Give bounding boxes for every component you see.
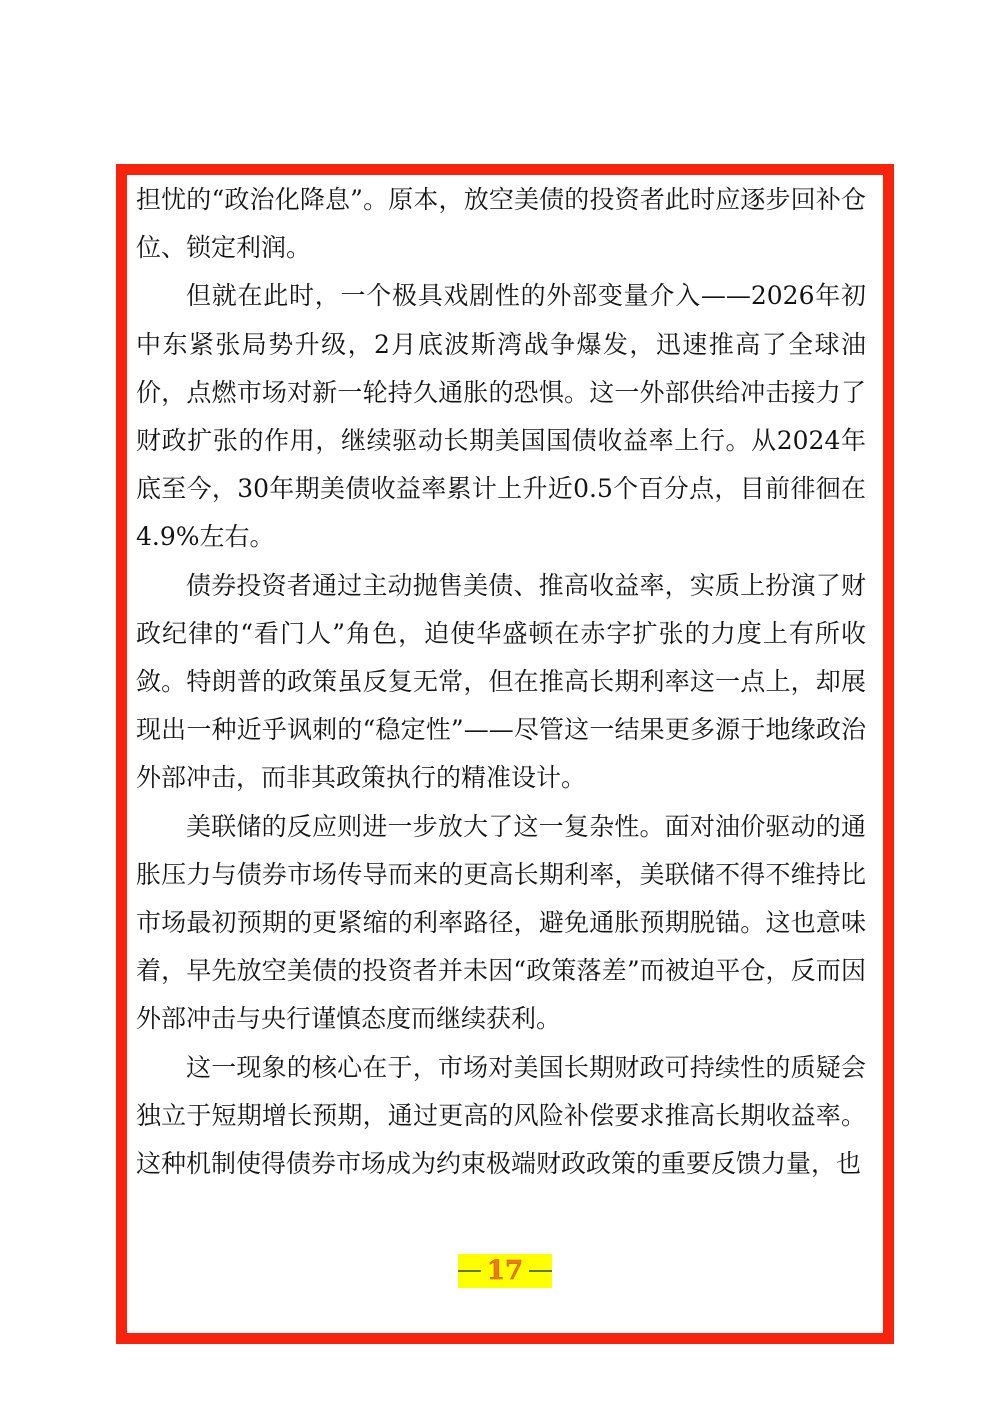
page-number: 17 <box>487 1254 523 1288</box>
page-number-footer: 17 <box>458 1254 552 1288</box>
document-body: 担忧的“政治化降息”。原本，放空美债的投资者此时应逐步回补仓位、锁定利润。 但就… <box>136 176 866 1188</box>
paragraph-4: 美联储的反应则进一步放大了这一复杂性。面对油价驱动的通胀压力与债券市场传导而来的… <box>136 803 866 1044</box>
paragraph-5: 这一现象的核心在于，市场对美国长期财政可持续性的质疑会独立于短期增长预期，通过更… <box>136 1044 866 1189</box>
right-dash-decoration <box>529 1270 552 1272</box>
paragraph-1: 担忧的“政治化降息”。原本，放空美债的投资者此时应逐步回补仓位、锁定利润。 <box>136 176 866 272</box>
paragraph-3: 债券投资者通过主动抛售美债、推高收益率，实质上扮演了财政纪律的“看门人”角色，迫… <box>136 562 866 803</box>
left-dash-decoration <box>458 1270 481 1272</box>
paragraph-2: 但就在此时，一个极具戏剧性的外部变量介入——2026年初中东紧张局势升级，2月底… <box>136 272 866 561</box>
